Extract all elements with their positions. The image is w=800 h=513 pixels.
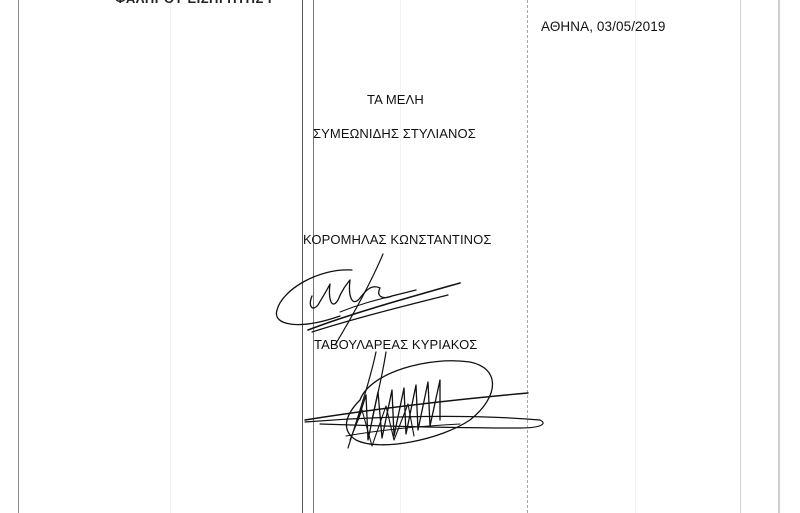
member-name: ΤΑΒΟΥΛΑΡΕΑΣ ΚΥΡΙΑΚΟΣ [314,337,477,352]
place-and-date: ΑΘΗΝΑ, 03/05/2019 [541,19,666,34]
scan-line [170,0,171,513]
scan-line [400,0,401,513]
members-heading: ΤΑ ΜΕΛΗ [367,92,424,107]
scan-line [635,0,636,513]
header-partial-text: ΦΑΛΗΡΟΥ ΕΙΣΗΓΗΤΗΣ Ρ [115,0,277,6]
page-border-left [18,0,19,513]
page-border-right [740,0,741,513]
member-name: ΚΟΡΟΜΗΛΑΣ ΚΩΝΣΤΑΝΤΙΝΟΣ [303,232,492,247]
member-name: ΣΥΜΕΩΝΙΔΗΣ ΣΤΥΛΙΑΝΟΣ [313,126,476,141]
dashed-divider-line [527,0,528,513]
column-divider-line [302,0,303,513]
page-border-right-outer [778,0,780,513]
column-divider-line [313,0,314,513]
